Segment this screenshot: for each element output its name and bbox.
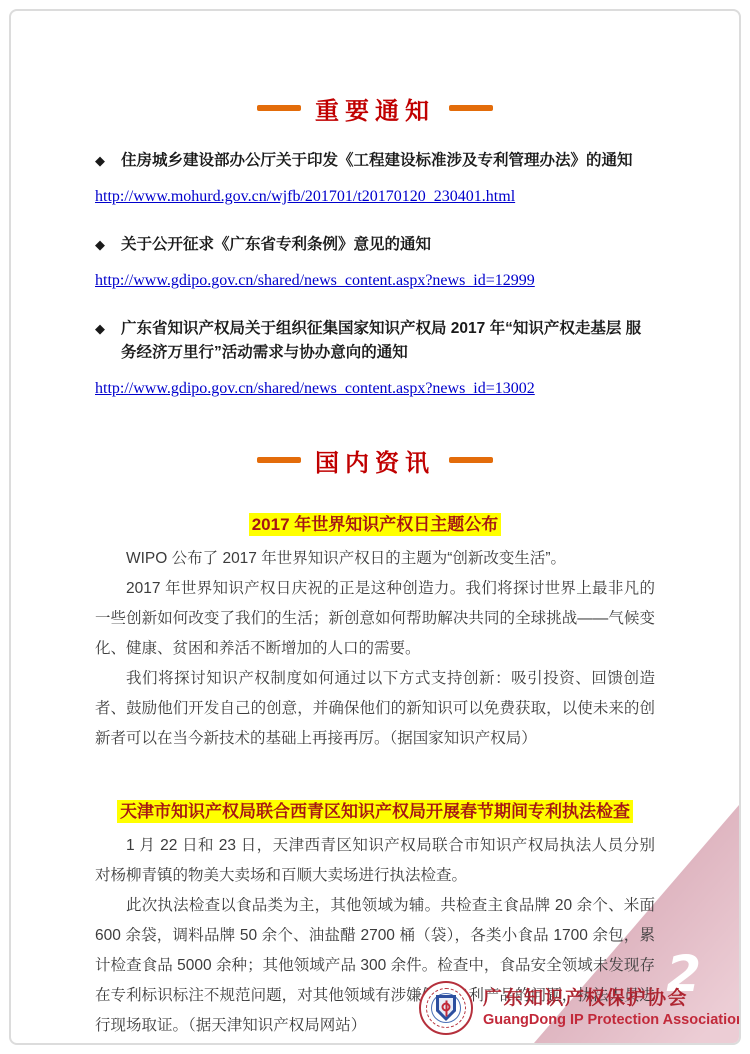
notice-text: 关于公开征求《广东省专利条例》意见的通知 (121, 233, 655, 257)
notice-title: ◆ 广东省知识产权局关于组织征集国家知识产权局 2017 年“知识产权走基层 服… (95, 317, 655, 365)
page-content: 重要通知 ◆ 住房城乡建设部办公厅关于印发《工程建设标准涉及专利管理办法》的通知… (11, 93, 739, 1041)
section-title-notices: 重要通知 (315, 91, 435, 126)
association-logo-icon (419, 981, 473, 1035)
diamond-bullet-icon: ◆ (95, 233, 121, 257)
header-dash-right-icon (449, 457, 493, 463)
newsletter-page: 重要通知 ◆ 住房城乡建设部办公厅关于印发《工程建设标准涉及专利管理办法》的通知… (9, 9, 741, 1045)
article-paragraph: 我们将探讨知识产权制度如何通过以下方式支持创新：吸引投资、回馈创造者、鼓励他们开… (95, 664, 655, 754)
footer-branding: 广东知识产权保护协会 GuangDong IP Protection Assoc… (419, 981, 741, 1035)
notice-item: ◆ 关于公开征求《广东省专利条例》意见的通知 http://www.gdipo.… (95, 233, 655, 291)
article-paragraph: 2017 年世界知识产权日庆祝的正是这种创造力。我们将探讨世界上最非凡的一些创新… (95, 574, 655, 664)
article-title-highlighted: 天津市知识产权局联合西青区知识产权局开展春节期间专利执法检查 (117, 800, 633, 823)
notice-title: ◆ 住房城乡建设部办公厅关于印发《工程建设标准涉及专利管理办法》的通知 (95, 149, 655, 173)
section-header-domestic-news: 国内资讯 (95, 445, 655, 475)
notice-text: 广东省知识产权局关于组织征集国家知识产权局 2017 年“知识产权走基层 服务经… (121, 317, 655, 365)
article-title-wrap: 2017 年世界知识产权日主题公布 (95, 513, 655, 536)
notice-item: ◆ 广东省知识产权局关于组织征集国家知识产权局 2017 年“知识产权走基层 服… (95, 317, 655, 399)
notice-link[interactable]: http://www.gdipo.gov.cn/shared/news_cont… (95, 379, 535, 399)
section-title-domestic-news: 国内资讯 (315, 443, 435, 478)
article-title-wrap: 天津市知识产权局联合西青区知识产权局开展春节期间专利执法检查 (95, 800, 655, 823)
notice-link[interactable]: http://www.gdipo.gov.cn/shared/news_cont… (95, 271, 535, 291)
notice-text: 住房城乡建设部办公厅关于印发《工程建设标准涉及专利管理办法》的通知 (121, 149, 655, 173)
org-name-chinese: 广东知识产权保护协会 (483, 987, 741, 1011)
diamond-bullet-icon: ◆ (95, 317, 121, 341)
header-dash-right-icon (449, 105, 493, 111)
logo-emblem-mark (442, 1002, 451, 1011)
org-name-english: GuangDong IP Protection Association (483, 1011, 741, 1029)
article-paragraph: 1 月 22 日和 23 日，天津西青区知识产权局联合市知识产权局执法人员分别对… (95, 831, 655, 891)
article-paragraph: WIPO 公布了 2017 年世界知识产权日的主题为“创新改变生活”。 (95, 544, 655, 574)
article-title-highlighted: 2017 年世界知识产权日主题公布 (249, 513, 502, 536)
diamond-bullet-icon: ◆ (95, 149, 121, 173)
header-dash-left-icon (257, 457, 301, 463)
footer-texts: 广东知识产权保护协会 GuangDong IP Protection Assoc… (483, 987, 741, 1029)
header-dash-left-icon (257, 105, 301, 111)
section-header-notices: 重要通知 (95, 93, 655, 123)
notice-title: ◆ 关于公开征求《广东省专利条例》意见的通知 (95, 233, 655, 257)
notice-item: ◆ 住房城乡建设部办公厅关于印发《工程建设标准涉及专利管理办法》的通知 http… (95, 149, 655, 207)
notice-link[interactable]: http://www.mohurd.gov.cn/wjfb/201701/t20… (95, 187, 515, 207)
